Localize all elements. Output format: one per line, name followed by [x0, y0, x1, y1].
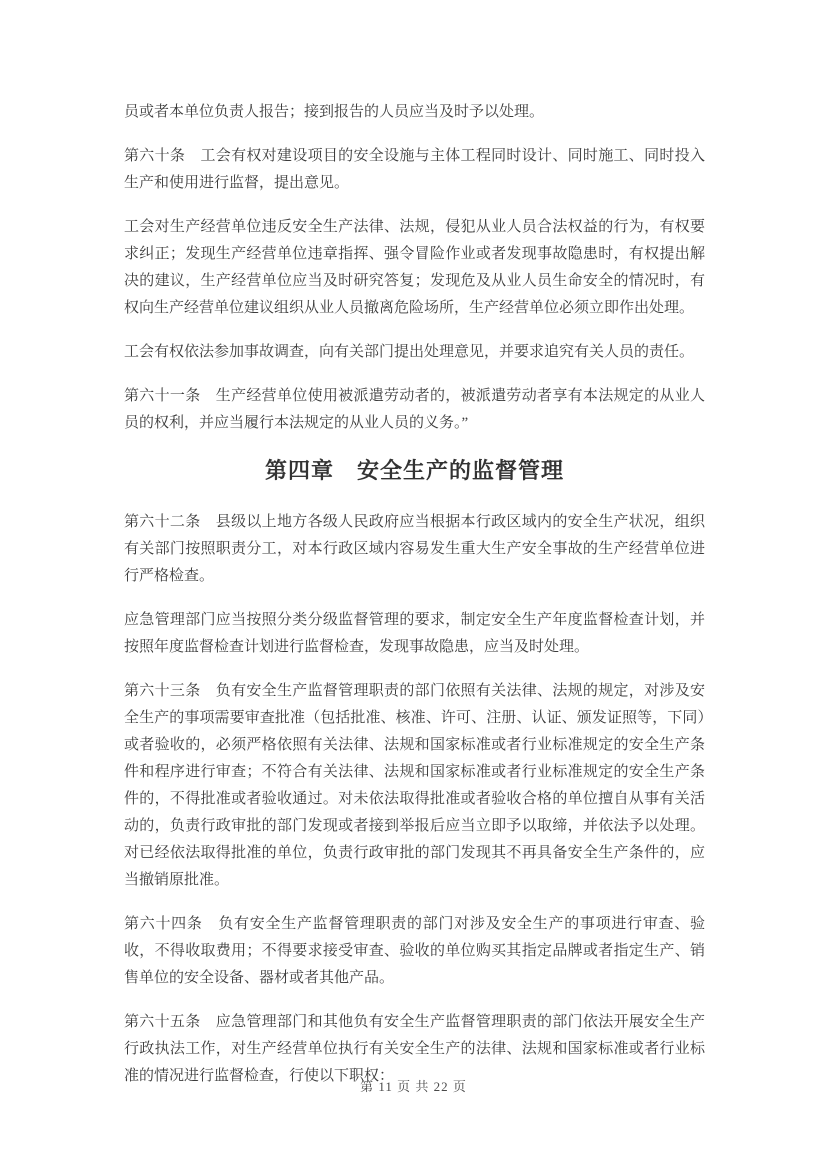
- body-paragraph-article-62: 第六十二条 县级以上地方各级人民政府应当根据本行政区域内的安全生产状况，组织有关…: [124, 509, 705, 590]
- body-paragraph: 员或者本单位负责人报告；接到报告的人员应当及时予以处理。: [124, 99, 705, 126]
- body-paragraph: 应急管理部门应当按照分类分级监督管理的要求，制定安全生产年度监督检查计划，并按照…: [124, 607, 705, 661]
- chapter-heading: 第四章 安全生产的监督管理: [124, 454, 705, 485]
- page-number-footer: 第 11 页 共 22 页: [0, 1076, 827, 1095]
- body-paragraph: 工会有权依法参加事故调查，向有关部门提出处理意见，并要求追究有关人员的责任。: [124, 339, 705, 366]
- body-paragraph-article-63: 第六十三条 负有安全生产监督管理职责的部门依照有关法律、法规的规定，对涉及安全生…: [124, 678, 705, 894]
- document-content: 员或者本单位负责人报告；接到报告的人员应当及时予以处理。 第六十条 工会有权对建…: [124, 99, 705, 1107]
- body-paragraph-article-60: 第六十条 工会有权对建设项目的安全设施与主体工程同时设计、同时施工、同时投入生产…: [124, 143, 705, 197]
- document-page: 员或者本单位负责人报告；接到报告的人员应当及时予以处理。 第六十条 工会有权对建…: [0, 0, 827, 1170]
- body-paragraph: 工会对生产经营单位违反安全生产法律、法规，侵犯从业人员合法权益的行为，有权要求纠…: [124, 214, 705, 322]
- body-paragraph-article-64: 第六十四条 负有安全生产监督管理职责的部门对涉及安全生产的事项进行审查、验收，不…: [124, 911, 705, 992]
- body-paragraph-article-61: 第六十一条 生产经营单位使用被派遣劳动者的，被派遣劳动者享有本法规定的从业人员的…: [124, 383, 705, 437]
